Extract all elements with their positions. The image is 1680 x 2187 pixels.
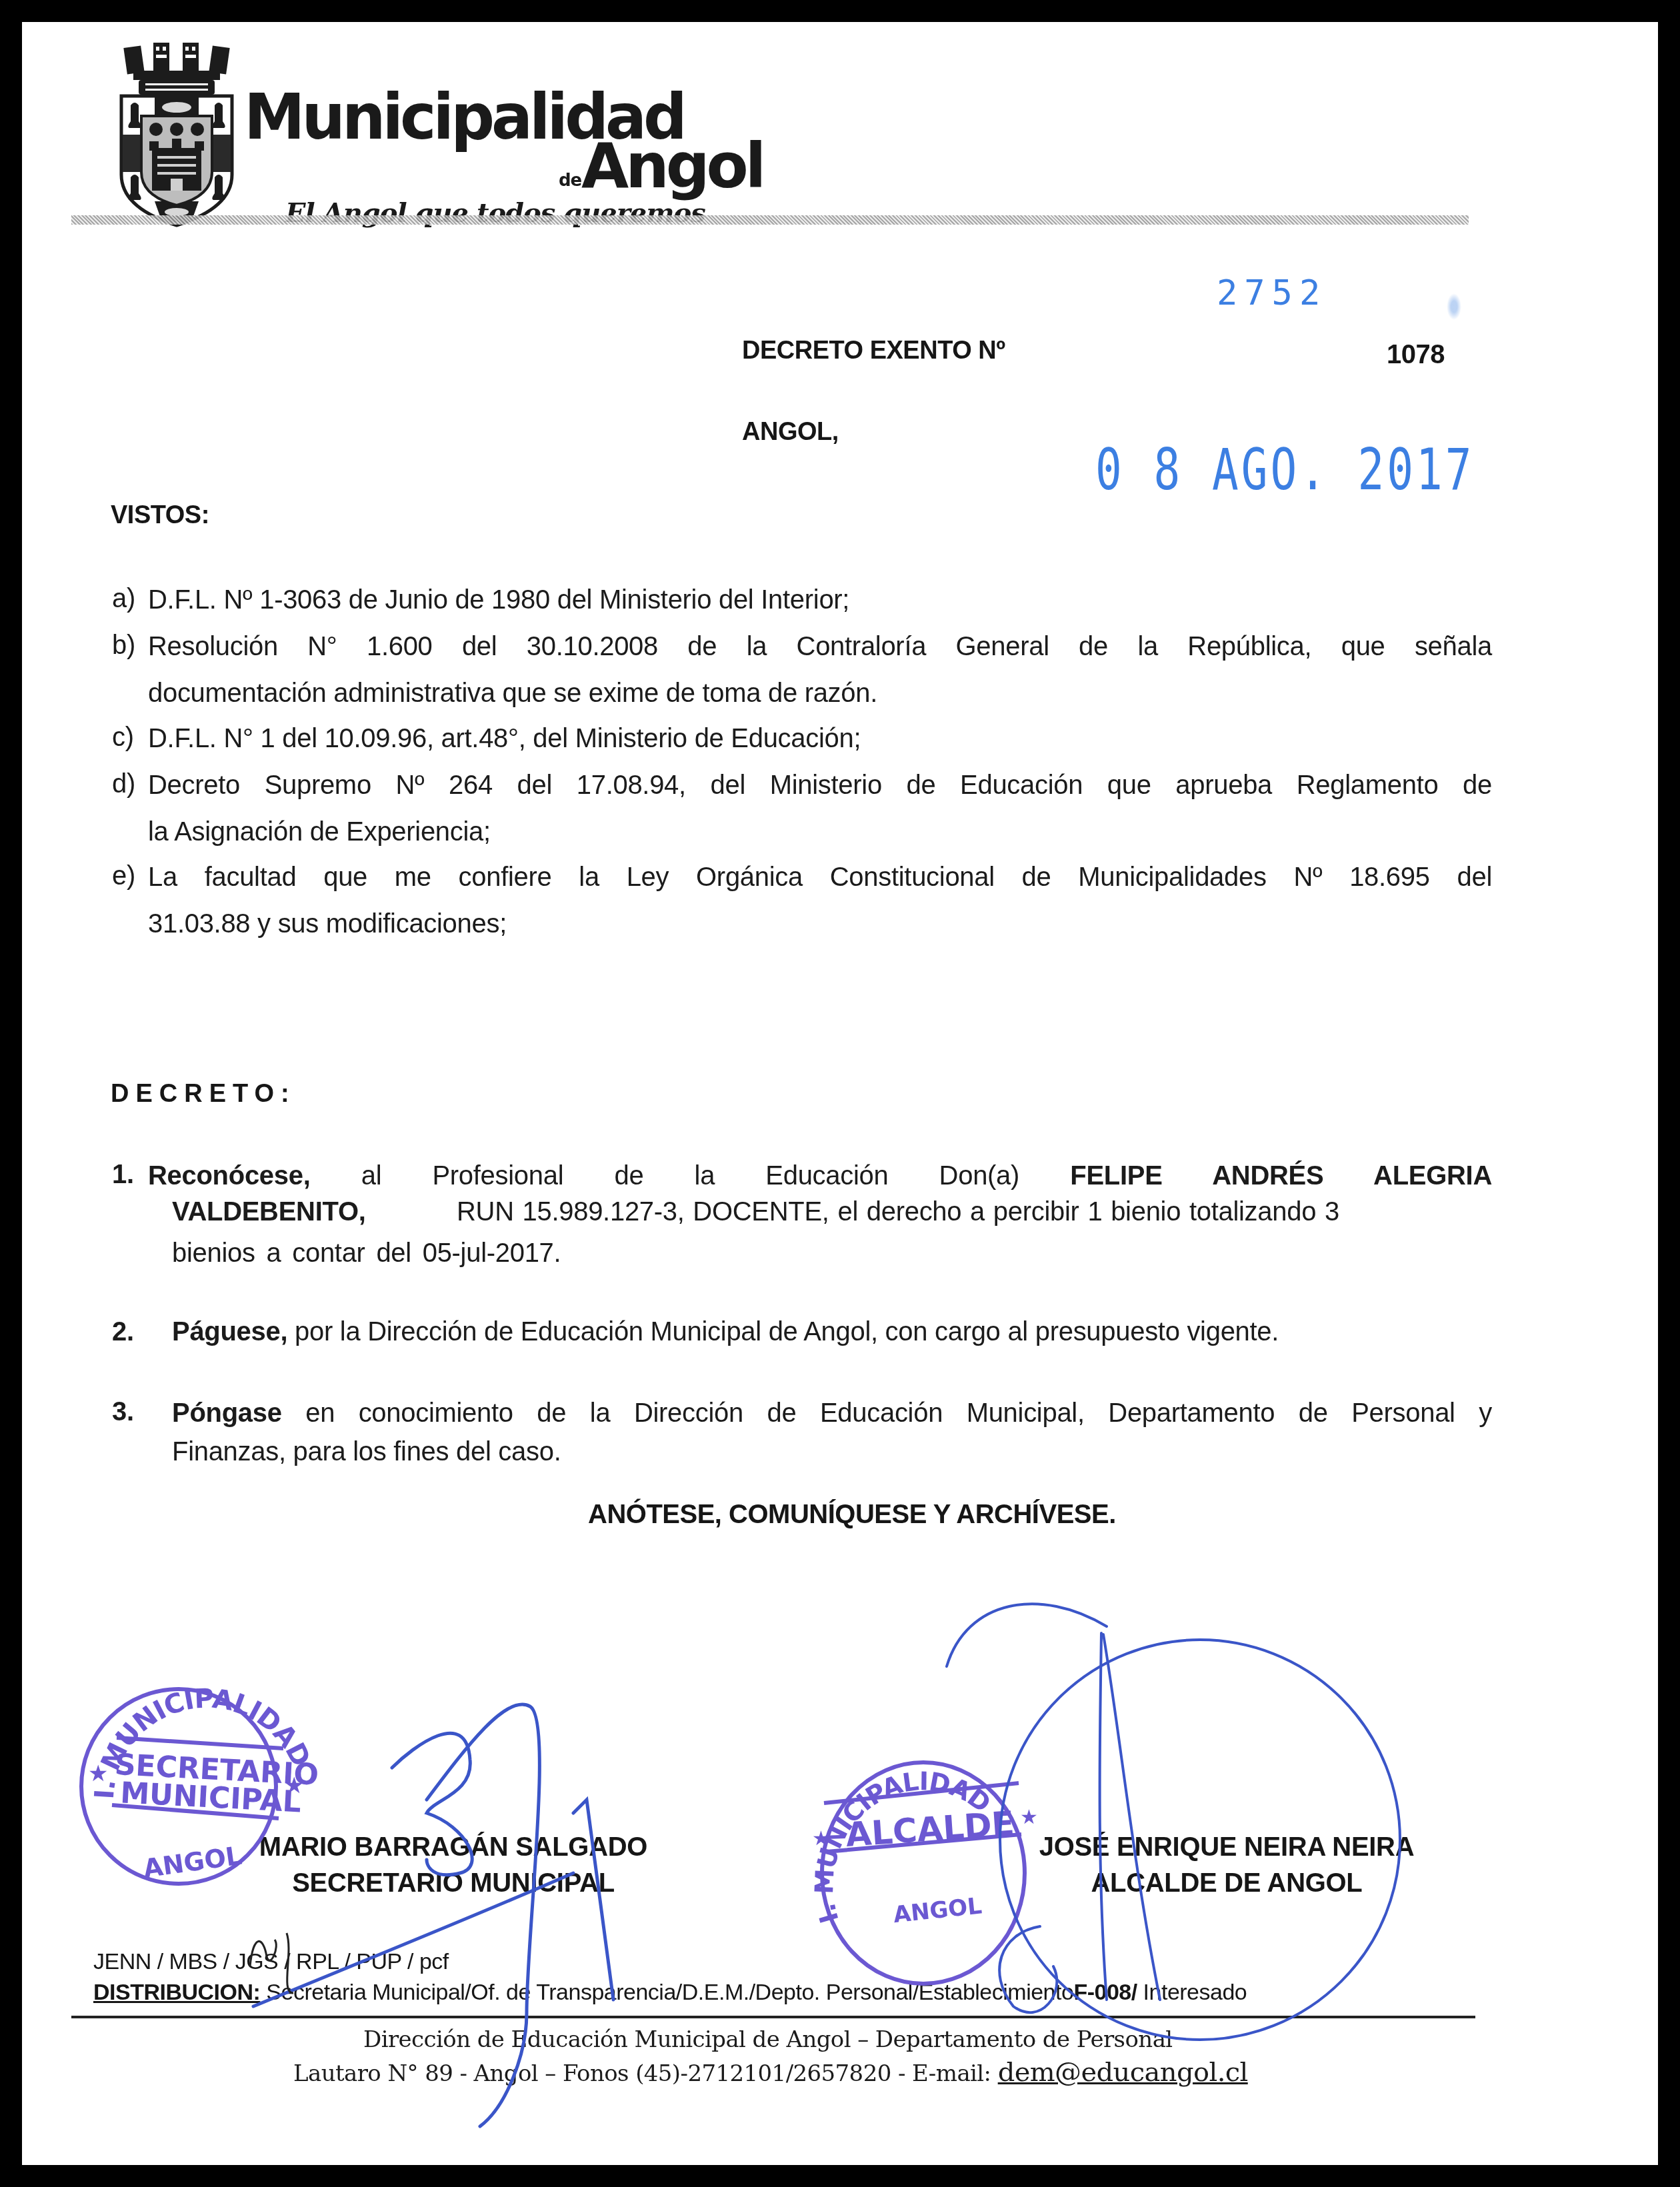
vistos-marker: a) xyxy=(112,584,135,614)
decreto-item-1: Reconócese, al Profesional de la Educaci… xyxy=(148,1153,1492,1198)
footer-department: Dirección de Educación Municipal de Ango… xyxy=(363,2026,1173,2053)
person-last-name: VALDEBENITO, xyxy=(172,1197,366,1227)
number-stamp: 2752 xyxy=(1217,273,1327,313)
ink-smudge xyxy=(1447,293,1461,320)
vistos-item: D.F.L. Nº 1-3063 de Junio de 1980 del Mi… xyxy=(148,577,1492,623)
reference-initials: JENN / MBS / JGS / RPL / PUP / pcf xyxy=(93,1949,449,1975)
decreto-heading: DECRETO: xyxy=(111,1080,296,1108)
decreto-marker: 2. xyxy=(112,1317,134,1347)
mayor-role: ALCALDE DE ANGOL xyxy=(1020,1865,1433,1901)
coat-of-arms-icon xyxy=(119,41,235,228)
secretary-name: MARIO BARRAGÁN SALGADO xyxy=(247,1829,660,1865)
vistos-marker: b) xyxy=(112,631,135,661)
decreto-item-1-line2: RUN 15.989.127-3, DOCENTE, el derecho a … xyxy=(457,1197,1339,1227)
vistos-marker: d) xyxy=(112,769,135,799)
secretary-role: SECRETARIO MUNICIPAL xyxy=(247,1865,660,1901)
footer-contact: Lautaro N° 89 - Angol – Fonos (45)-27121… xyxy=(293,2057,1248,2088)
vistos-item: D.F.L. N° 1 del 10.09.96, art.48°, del M… xyxy=(148,716,1492,761)
letterhead-divider xyxy=(71,215,1469,225)
decreto-item-3: Póngase en conocimiento de la Dirección … xyxy=(172,1390,1492,1436)
vistos-item: Resolución N° 1.600 del 30.10.2008 de la… xyxy=(148,624,1492,669)
decree-title: DECRETO EXENTO Nº xyxy=(742,337,1005,365)
footer-rule xyxy=(71,2016,1475,2018)
closing-formula: ANÓTESE, COMUNÍQUESE Y ARCHÍVESE. xyxy=(588,1500,1116,1530)
decree-number: 1078 xyxy=(1387,340,1445,370)
decreto-item-3-cont: Finanzas, para los fines del caso. xyxy=(172,1437,561,1467)
distribution-label: DISTRIBUCION: xyxy=(93,1980,260,2005)
vistos-heading: VISTOS: xyxy=(111,501,209,530)
mayor-name: JOSÉ ENRIQUE NEIRA NEIRA xyxy=(1020,1829,1433,1865)
vistos-marker: c) xyxy=(112,723,134,753)
decreto-marker: 1. xyxy=(112,1160,134,1190)
email-link[interactable]: dem@educangol.cl xyxy=(998,2057,1248,2088)
decreto-item-1-line3: bienios a contar del 05-jul-2017. xyxy=(172,1238,561,1268)
letterhead-de: de xyxy=(559,171,581,191)
vistos-item-cont: documentación administrativa que se exim… xyxy=(148,671,1492,716)
vistos-marker: e) xyxy=(112,861,135,891)
date-stamp: 0 8 AGO. 2017 xyxy=(1095,437,1475,503)
vistos-item: La facultad que me confiere la Ley Orgán… xyxy=(148,855,1492,900)
vistos-item-cont: la Asignación de Experiencia; xyxy=(148,809,1492,855)
decree-place: ANGOL, xyxy=(742,418,839,447)
vistos-item: Decreto Supremo Nº 264 del 17.08.94, del… xyxy=(148,763,1492,808)
distribution-list: DISTRIBUCION: Secretaria Municipal/Of. d… xyxy=(93,1980,1247,2006)
signatory-secretary: MARIO BARRAGÁN SALGADO SECRETARIO MUNICI… xyxy=(247,1829,660,1901)
decreto-marker: 3. xyxy=(112,1397,134,1427)
decreto-item-2: Páguese, por la Dirección de Educación M… xyxy=(172,1317,1279,1347)
signatory-mayor: JOSÉ ENRIQUE NEIRA NEIRA ALCALDE DE ANGO… xyxy=(1020,1829,1433,1901)
letterhead-city: Angol xyxy=(581,131,763,202)
vistos-item-cont: 31.03.88 y sus modificaciones; xyxy=(148,901,1492,947)
